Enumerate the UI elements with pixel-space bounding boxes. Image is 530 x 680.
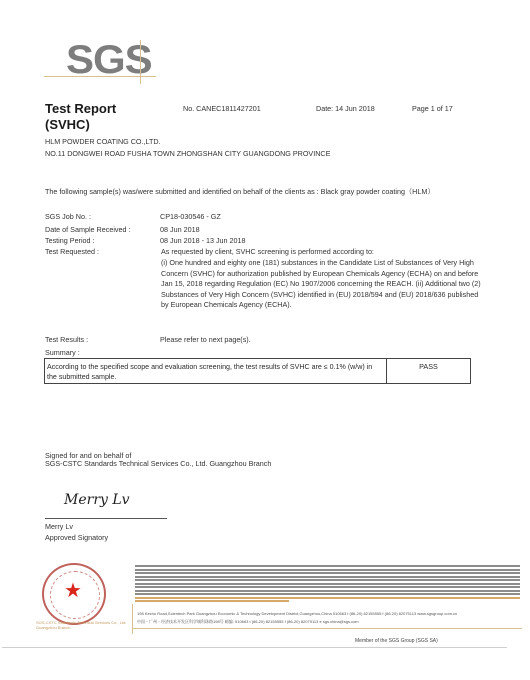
- test-results-value: Please refer to next page(s).: [160, 335, 251, 344]
- report-title-line2: (SVHC): [45, 117, 116, 133]
- test-requested-detail: (i) One hundred and eighty one (181) sub…: [161, 258, 481, 311]
- client-address: NO.11 DONGWEI ROAD FUSHA TOWN ZHONGSHAN …: [45, 149, 330, 158]
- signatory-name: Merry Lv: [45, 522, 73, 531]
- footer-divider-vertical: [132, 604, 133, 634]
- job-no-value: CP18-030546 - GZ: [160, 212, 221, 221]
- sgs-group-member: Member of the SGS Group (SGS SA): [355, 638, 438, 644]
- report-title-line1: Test Report: [45, 101, 116, 117]
- sample-received-label: Date of Sample Received :: [45, 225, 131, 234]
- report-date: Date: 14 Jun 2018: [316, 104, 375, 113]
- testing-period-label: Testing Period :: [45, 236, 95, 245]
- page-bottom-border: [2, 647, 507, 648]
- job-no-label: SGS Job No. :: [45, 212, 91, 221]
- signing-company: SGS-CSTC Standards Technical Services Co…: [45, 459, 271, 468]
- footer-address-en: 198 Kezhu Road,Scientech Park Guangzhou …: [137, 611, 457, 616]
- star-icon: ★: [64, 581, 82, 601]
- sample-received-value: 08 Jun 2018: [160, 225, 200, 234]
- test-results-label: Test Results :: [45, 335, 88, 344]
- signature: Merry Lv: [64, 492, 130, 508]
- logo-divider-vertical: [140, 40, 141, 84]
- test-requested-value: As requested by client, SVHC screening i…: [161, 247, 374, 256]
- client-name: HLM POWDER COATING CO.,LTD.: [45, 137, 161, 146]
- page-indicator: Page 1 of 17: [412, 104, 453, 113]
- summary-table: According to the specified scope and eva…: [44, 358, 471, 384]
- sample-intro: The following sample(s) was/were submitt…: [45, 186, 485, 197]
- testing-period-value: 08 Jun 2018 - 13 Jun 2018: [160, 236, 246, 245]
- seal-caption: SGS-CSTC Standards Technical Services Co…: [36, 620, 128, 630]
- report-title: Test Report (SVHC): [45, 101, 116, 133]
- summary-label: Summary :: [45, 348, 80, 357]
- terms-fine-print: [135, 565, 520, 603]
- signature-line: [45, 518, 167, 519]
- footer-divider: [132, 628, 522, 629]
- summary-result: PASS: [387, 362, 470, 371]
- test-requested-label: Test Requested :: [45, 247, 99, 256]
- summary-text: According to the specified scope and eva…: [47, 362, 382, 382]
- signatory-role: Approved Signatory: [45, 533, 108, 542]
- footer-address-cn: 中国・广州・经济技术开发区科学城科珠路198号 邮编: 510663 t (86…: [137, 619, 359, 625]
- report-number: No. CANEC1811427201: [183, 104, 261, 113]
- company-seal: ★: [42, 563, 106, 625]
